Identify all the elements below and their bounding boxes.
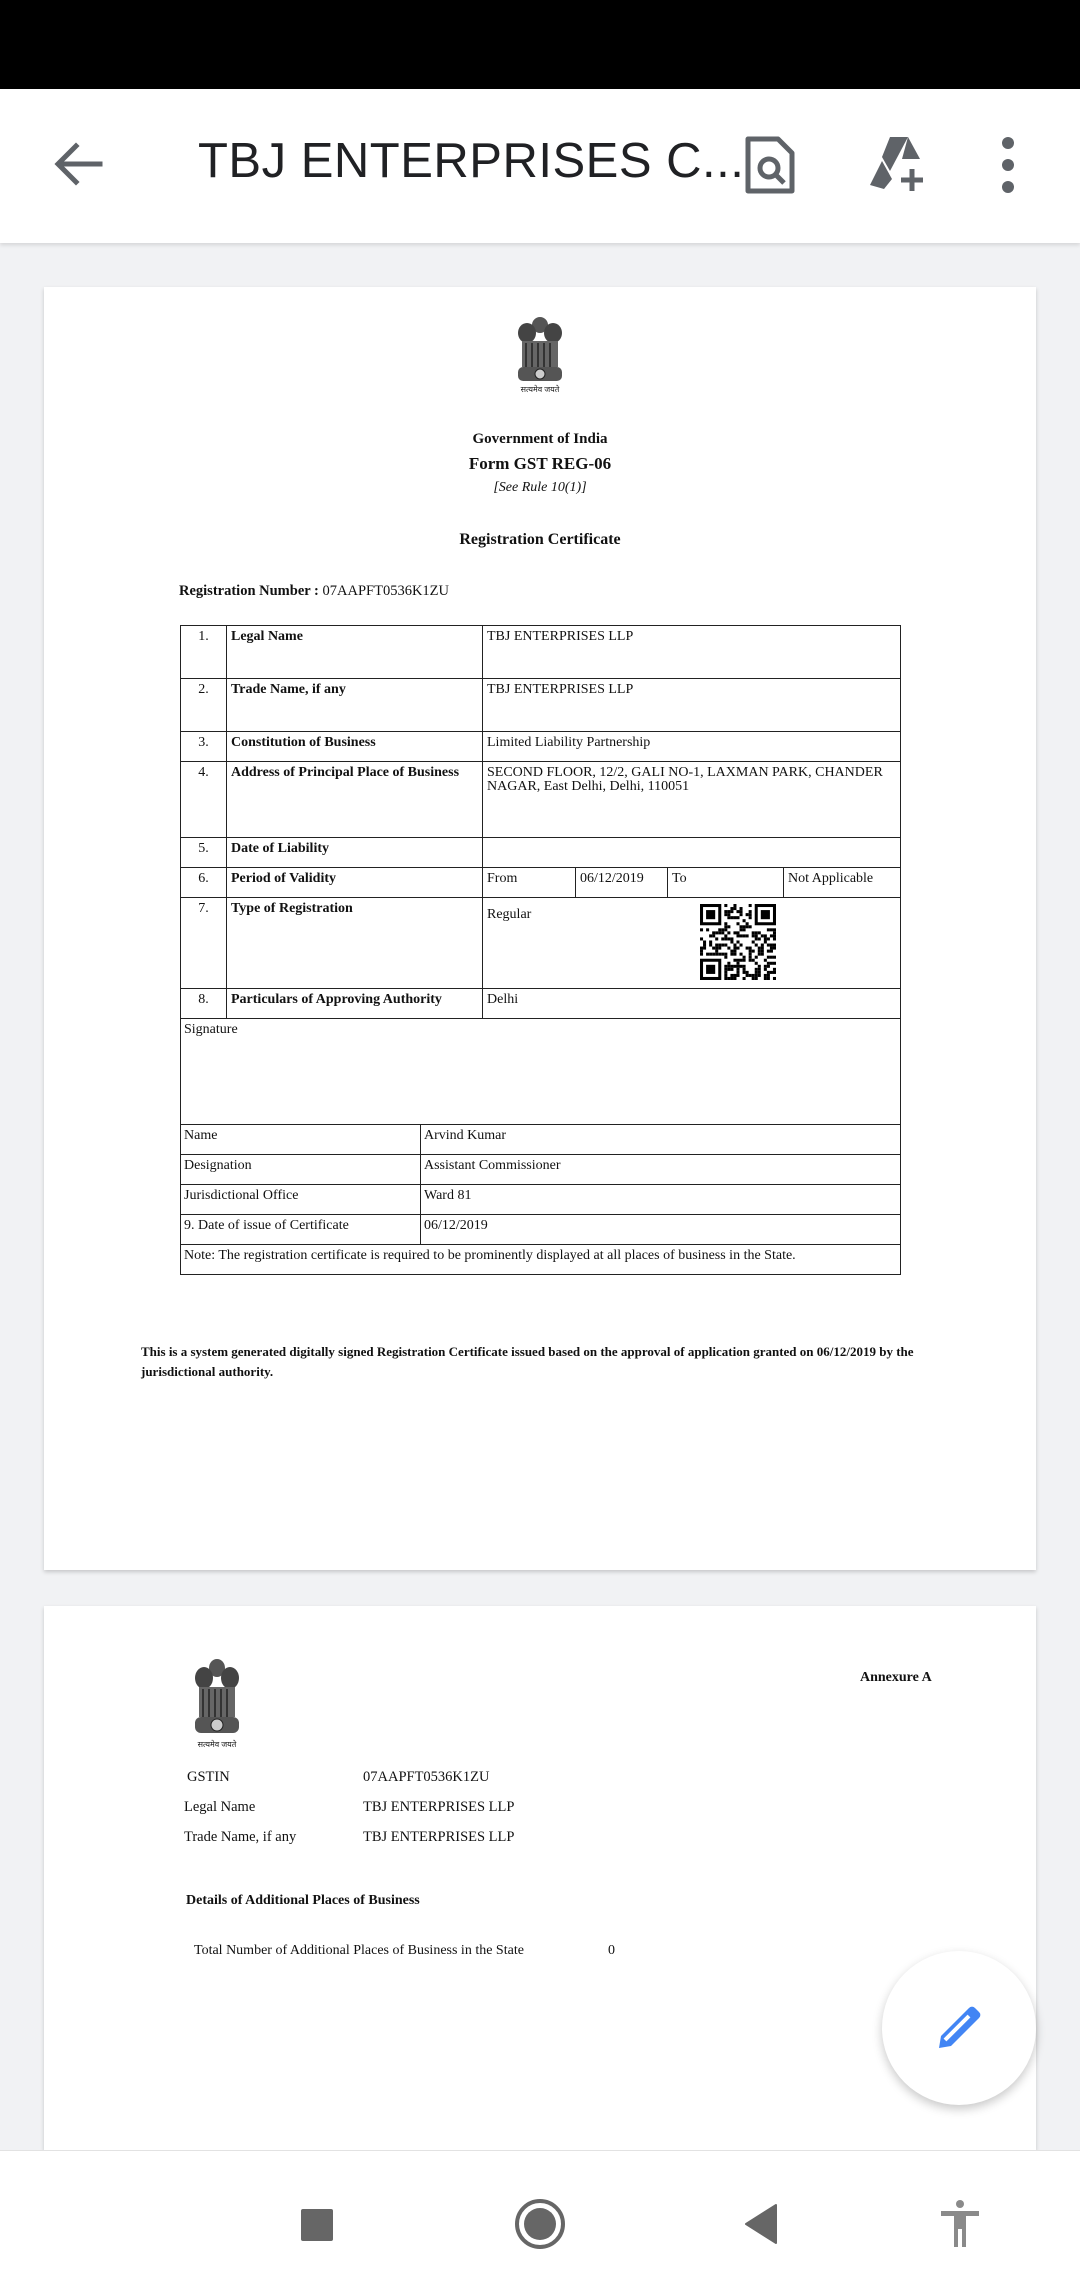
jurisdictional-office: Ward 81: [421, 1185, 901, 1215]
additional-places-label: Total Number of Additional Places of Bus…: [194, 1943, 524, 1959]
arrow-left-icon: [48, 134, 108, 194]
table-row: 2. Trade Name, if any TBJ ENTERPRISES LL…: [181, 679, 901, 732]
status-bar: [0, 0, 1080, 89]
qr-code: [700, 904, 776, 980]
more-vert-icon: [988, 133, 1028, 197]
approving-authority-value: Delhi: [483, 989, 901, 1019]
government-heading: Government of India: [44, 431, 1036, 448]
drive-add-icon: [868, 133, 932, 197]
signatory-name: Arvind Kumar: [421, 1125, 901, 1155]
signature-label: Signature: [181, 1019, 901, 1125]
table-row: 1. Legal Name TBJ ENTERPRISES LLP: [181, 626, 901, 679]
svg-text:सत्यमेव जयते: सत्यमेव जयते: [198, 1739, 237, 1749]
national-emblem-icon: सत्यमेव जयते: [510, 313, 570, 395]
form-title: Form GST REG-06: [44, 454, 1036, 474]
table-row: Name Arvind Kumar: [181, 1125, 901, 1155]
gstin-value: 07AAPFT0536K1ZU: [363, 1769, 489, 1786]
constitution-value: Limited Liability Partnership: [483, 732, 901, 762]
file-search-icon: [738, 133, 802, 197]
table-row: 5. Date of Liability: [181, 838, 901, 868]
table-row: Designation Assistant Commissioner: [181, 1155, 901, 1185]
signatory-designation: Assistant Commissioner: [421, 1155, 901, 1185]
display-note: Note: The registration certificate is re…: [181, 1245, 901, 1275]
certificate-title: Registration Certificate: [44, 531, 1036, 549]
registration-number: Registration Number : 07AAPFT0536K1ZU: [179, 583, 449, 600]
triangle-back-icon: [738, 2197, 782, 2251]
back-button[interactable]: [48, 134, 108, 194]
table-row: 3. Constitution of Business Limited Liab…: [181, 732, 901, 762]
rule-reference: [See Rule 10(1)]: [44, 480, 1036, 496]
signatory-table: Signature Name Arvind Kumar Designation …: [180, 1018, 901, 1275]
additional-places-count: 0: [608, 1943, 615, 1959]
pdf-page-2: सत्यमेव जयते Annexure A GSTIN 07AAPFT053…: [44, 1606, 1036, 2150]
table-row: 7. Type of Registration Regular: [181, 898, 901, 989]
validity-from-value: 06/12/2019: [576, 868, 668, 898]
issue-date: 06/12/2019: [421, 1215, 901, 1245]
square-icon: [295, 2197, 339, 2251]
more-options-button[interactable]: [988, 133, 1028, 197]
app-bar: TBJ ENTERPRISES C...: [0, 89, 1080, 243]
legal-name-value: TBJ ENTERPRISES LLP: [483, 626, 901, 679]
system-generated-note: This is a system generated digitally sig…: [141, 1342, 991, 1382]
signature-row: Signature: [181, 1019, 901, 1125]
svg-text:सत्यमेव जयते: सत्यमेव जयते: [521, 384, 560, 394]
trade-name-value: TBJ ENTERPRISES LLP: [363, 1829, 514, 1846]
table-row: 4. Address of Principal Place of Busines…: [181, 762, 901, 838]
registration-details-table: 1. Legal Name TBJ ENTERPRISES LLP 2. Tra…: [180, 625, 901, 1019]
accessibility-icon: [938, 2197, 982, 2251]
registration-type-cell: Regular: [483, 898, 901, 989]
recents-button[interactable]: [295, 2197, 339, 2251]
home-button[interactable]: [510, 2197, 570, 2251]
table-row: 8. Particulars of Approving Authority De…: [181, 989, 901, 1019]
table-row: 6. Period of Validity From 06/12/2019 To…: [181, 868, 901, 898]
edit-fab-button[interactable]: [882, 1951, 1036, 2105]
registration-type-value: Regular: [487, 907, 531, 922]
annexure-label: Annexure A: [860, 1670, 932, 1686]
add-to-drive-button[interactable]: [868, 133, 932, 197]
additional-places-heading: Details of Additional Places of Business: [186, 1893, 420, 1909]
validity-to-value: Not Applicable: [784, 868, 901, 898]
pencil-icon: [927, 1996, 991, 2060]
table-row: 9. Date of issue of Certificate 06/12/20…: [181, 1215, 901, 1245]
table-row: Jurisdictional Office Ward 81: [181, 1185, 901, 1215]
back-nav-button[interactable]: [738, 2197, 782, 2251]
system-navigation-bar: [0, 2150, 1080, 2280]
accessibility-button[interactable]: [938, 2197, 982, 2251]
trade-name-value: TBJ ENTERPRISES LLP: [483, 679, 901, 732]
find-in-document-button[interactable]: [738, 133, 802, 197]
registration-number-value: 07AAPFT0536K1ZU: [323, 583, 449, 599]
pdf-page-1: सत्यमेव जयते Government of India Form GS…: [44, 287, 1036, 1570]
date-of-liability-value: [483, 838, 901, 868]
home-circle-icon: [510, 2197, 570, 2251]
address-value: SECOND FLOOR, 12/2, GALI NO-1, LAXMAN PA…: [483, 762, 901, 838]
note-row: Note: The registration certificate is re…: [181, 1245, 901, 1275]
national-emblem-icon: सत्यमेव जयते: [189, 1654, 245, 1750]
legal-name-value: TBJ ENTERPRISES LLP: [363, 1799, 514, 1816]
document-title: TBJ ENTERPRISES C...: [198, 133, 744, 189]
